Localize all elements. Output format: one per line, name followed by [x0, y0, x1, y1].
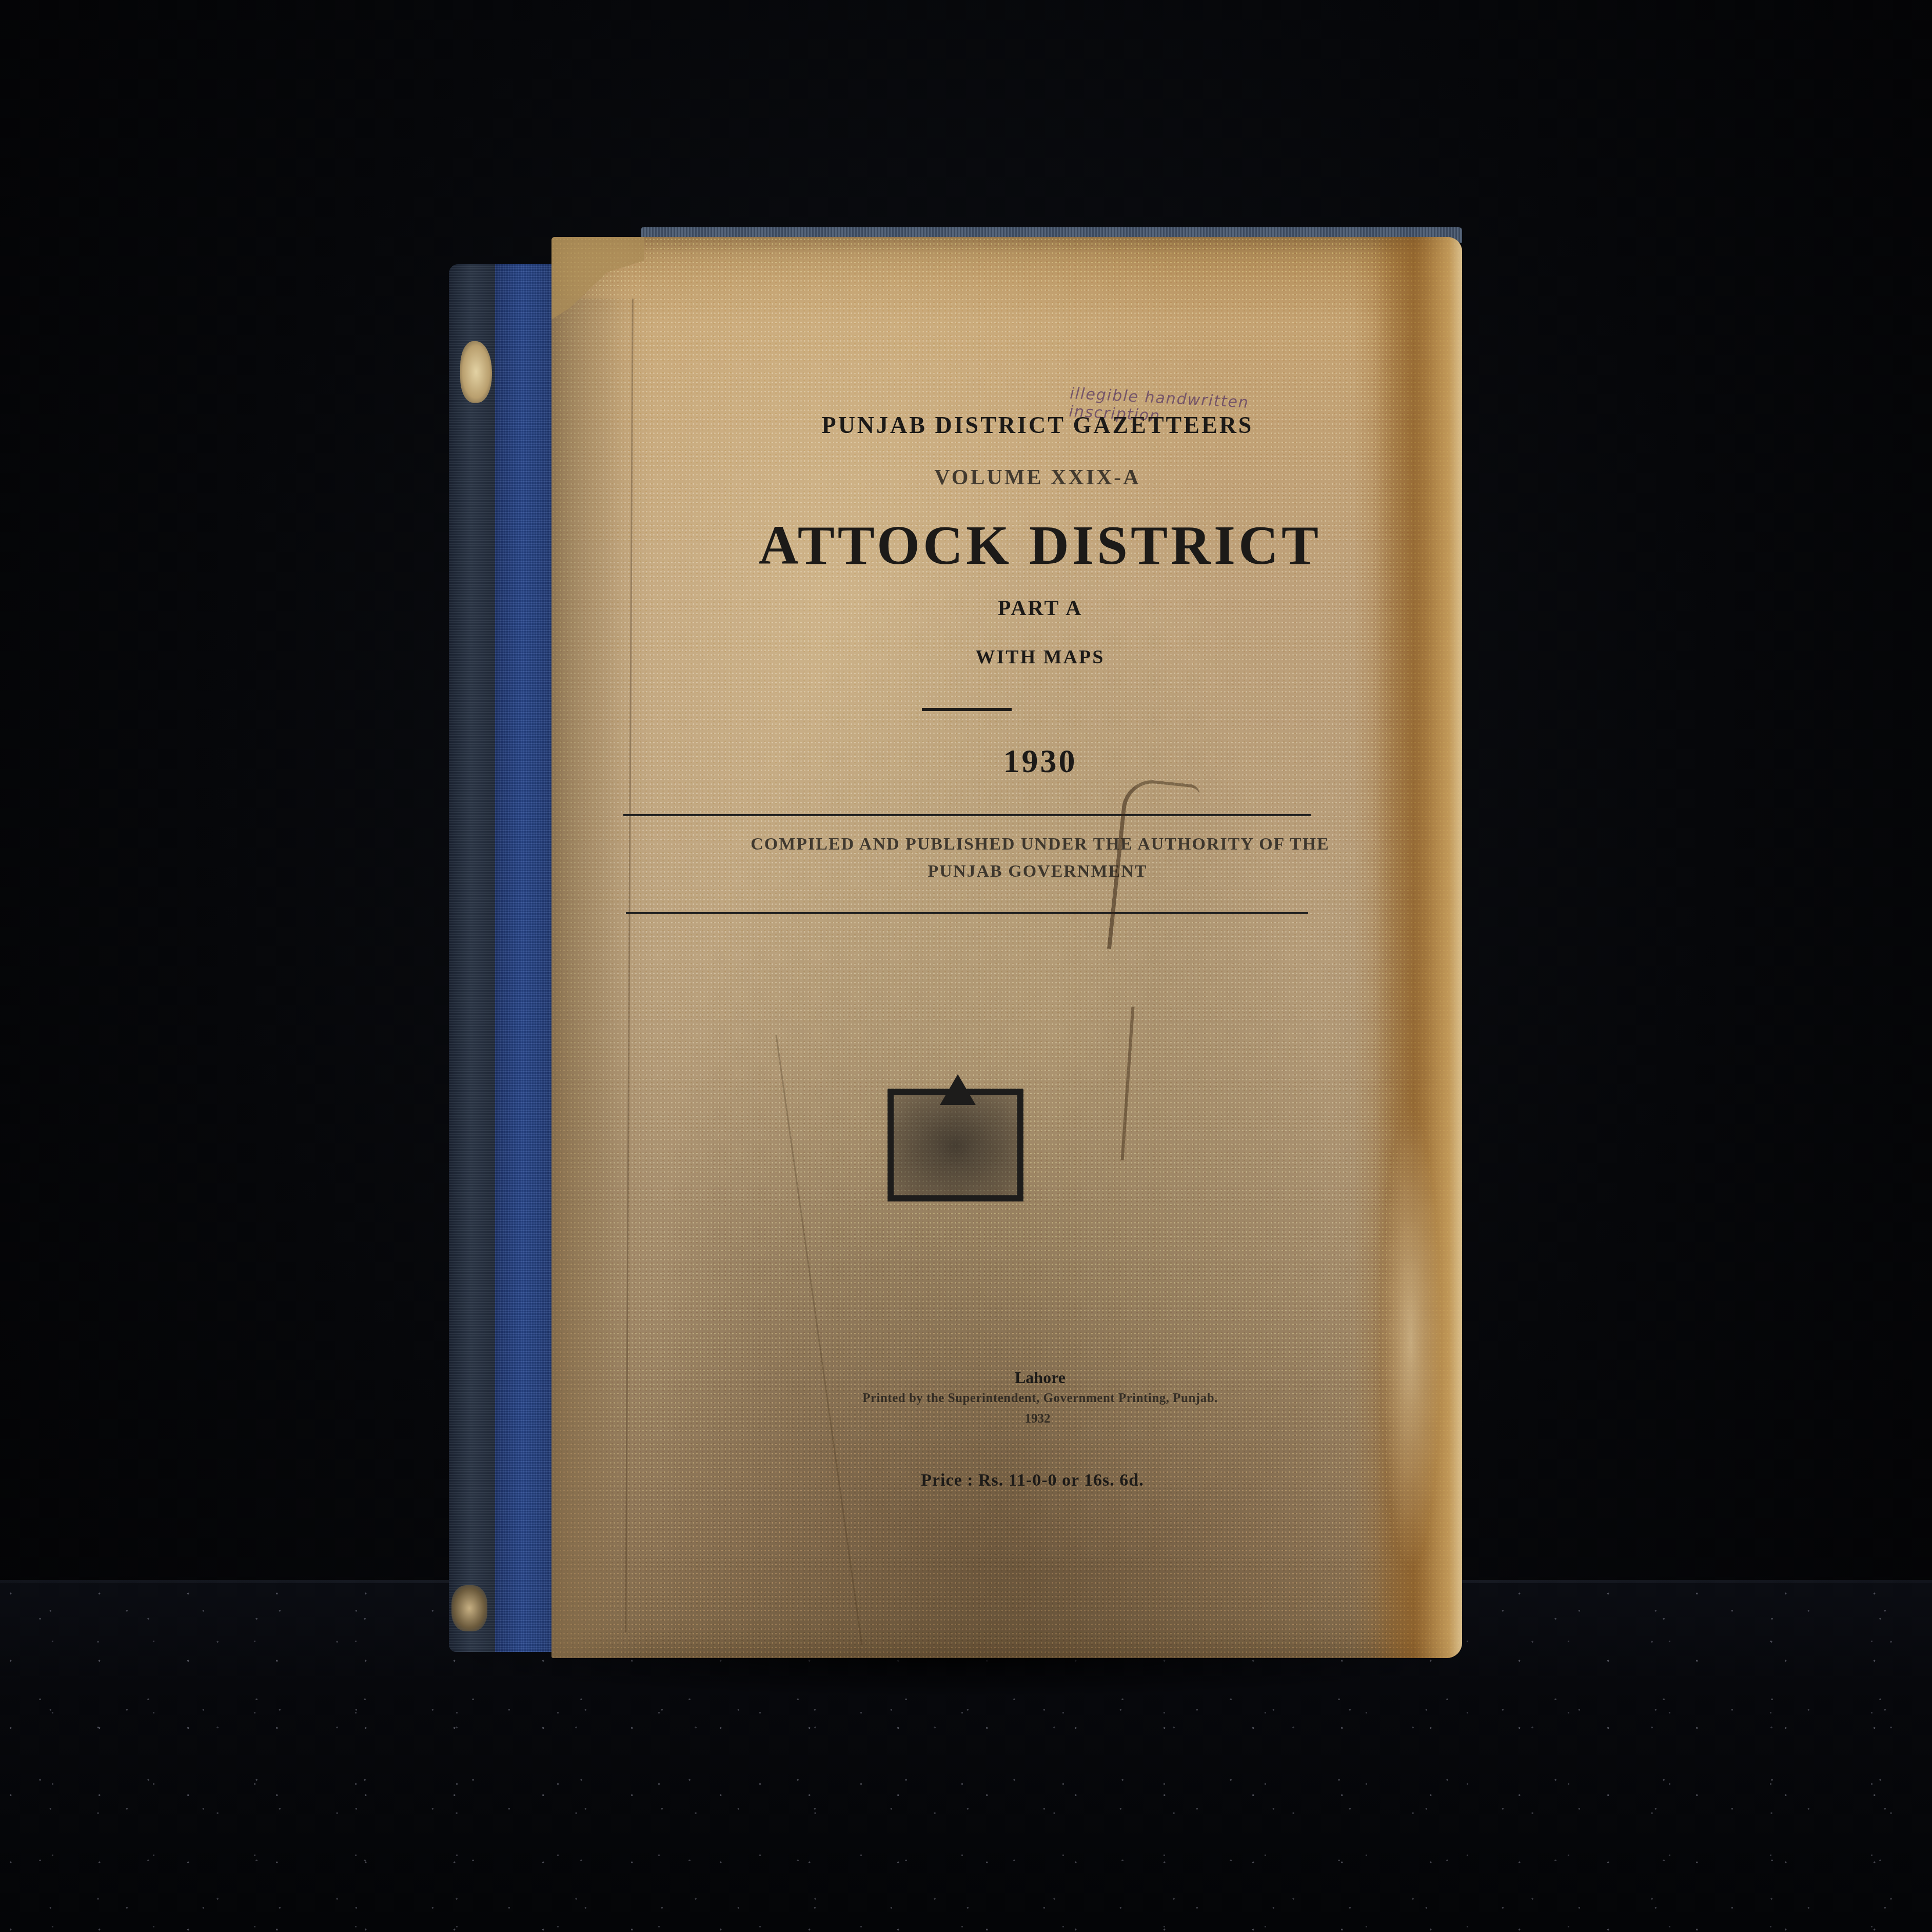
divider-rule-bottom — [626, 912, 1308, 914]
divider-rule-top — [623, 814, 1311, 816]
series-title: PUNJAB DISTRICT GAZETTEERS — [551, 411, 1462, 439]
print-year: 1932 — [551, 1412, 1462, 1426]
spine-dark-cloth — [449, 264, 498, 1652]
seal-emblem-icon — [888, 1089, 1023, 1201]
part-label: PART A — [551, 596, 1462, 621]
spine-bottom-wear — [451, 1585, 487, 1631]
short-divider-rule — [922, 708, 1012, 711]
peeled-paper-patch — [1380, 1109, 1442, 1571]
book-front-cover: illegible handwritten inscription PUNJAB… — [551, 237, 1462, 1658]
printer-line: Printed by the Superintendent, Governmen… — [551, 1391, 1462, 1406]
paper-texture — [551, 237, 1462, 1658]
authority-line-2: PUNJAB GOVERNMENT — [551, 862, 1462, 881]
publication-place: Lahore — [551, 1368, 1462, 1387]
book-spine — [449, 264, 564, 1652]
authority-line-1: COMPILED AND PUBLISHED UNDER THE AUTHORI… — [551, 835, 1462, 854]
book-title: ATTOCK DISTRICT — [551, 514, 1462, 578]
volume-label: VOLUME XXIX-A — [551, 465, 1462, 490]
spine-tear-damage — [460, 341, 492, 403]
price-line: Price : Rs. 11-0-0 or 16s. 6d. — [551, 1471, 1462, 1490]
subtitle-with-maps: WITH MAPS — [551, 646, 1462, 668]
cover-fold-shading — [551, 299, 649, 1658]
publication-year: 1930 — [551, 742, 1462, 780]
